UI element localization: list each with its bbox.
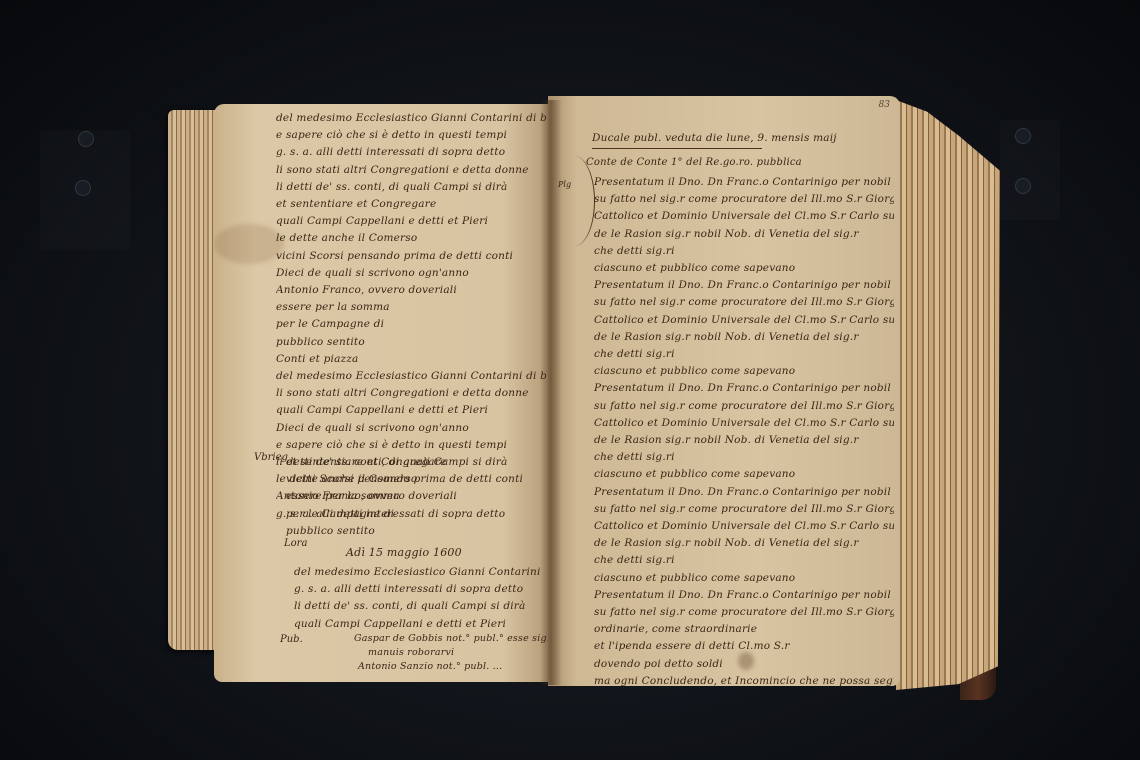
signature-line: manuis roborarvi bbox=[354, 646, 554, 660]
text-line: su fatto nel sig.r come procuratore del … bbox=[594, 191, 894, 208]
left-page-text-lower: et sententiare et Congregare vicini Scor… bbox=[286, 454, 546, 540]
text-line: essere per la somma bbox=[276, 299, 546, 316]
ink-blot bbox=[738, 652, 754, 670]
text-line: Dieci de quali si scrivono ogn'anno bbox=[276, 265, 546, 282]
text-line: Cattolico et Dominio Universale del Cl.m… bbox=[594, 518, 894, 535]
text-line: Cattolico et Dominio Universale del Cl.m… bbox=[594, 415, 894, 432]
text-line: li sono stati altri Congregationi e dett… bbox=[276, 162, 546, 179]
text-line: Dieci de quali si scrivono ogn'anno bbox=[276, 420, 546, 437]
text-line: et sententiare et Congregare bbox=[276, 196, 546, 213]
notary-signatures: Gaspar de Gobbis not.° publ.° esse sig.°… bbox=[354, 632, 554, 674]
signature-line: Antonio Sanzio not.° publ. ... bbox=[354, 660, 554, 674]
signature-line: Gaspar de Gobbis not.° publ.° esse sig.°… bbox=[354, 632, 554, 646]
text-line: quali Campi Cappellani e detti et Pieri bbox=[294, 616, 544, 633]
text-line: su fatto nel sig.r come procuratore del … bbox=[594, 501, 894, 518]
margin-note: Lora bbox=[284, 538, 307, 549]
act-subheading: Conte de Conte 1° del Re.go.ro. pubblica bbox=[586, 154, 802, 171]
text-line: Antonio Franco, ovvero doveriali bbox=[276, 282, 546, 299]
text-line: le dette anche il Comerso bbox=[276, 230, 546, 247]
text-line: del medesimo Ecclesiastico Gianni Contar… bbox=[294, 564, 544, 581]
text-line: Presentatum il Dno. Dn Franc.o Contarini… bbox=[594, 277, 894, 294]
text-line: Conti et piazza bbox=[276, 351, 546, 368]
text-line: de le Rasion sig.r nobil Nob. di Venetia… bbox=[594, 329, 894, 346]
text-line: quali Campi Cappellani e detti et Pieri bbox=[276, 402, 546, 419]
text-line: ciascuno et pubblico come sapevano bbox=[594, 466, 894, 483]
text-line: su fatto nel sig.r come procuratore del … bbox=[594, 398, 894, 415]
margin-note: Vbrieg bbox=[254, 452, 288, 463]
text-line: Presentatum il Dno. Dn Franc.o Contarini… bbox=[594, 174, 894, 191]
text-line: g. s. a. alli detti interessati di sopra… bbox=[294, 581, 544, 598]
text-line: Cattolico et Dominio Universale del Cl.m… bbox=[594, 208, 894, 225]
text-line: Presentatum il Dno. Dn Franc.o Contarini… bbox=[594, 484, 894, 501]
text-line: pubblico sentito bbox=[286, 523, 546, 540]
text-line: ciascuno et pubblico come sapevano bbox=[594, 363, 894, 380]
text-line: pubblico sentito bbox=[276, 334, 546, 351]
text-line: che detti sig.ri bbox=[594, 346, 894, 363]
folio-number: 83 bbox=[879, 100, 890, 110]
water-stain bbox=[214, 224, 284, 264]
text-line: Presentatum il Dno. Dn Franc.o Contarini… bbox=[594, 587, 894, 604]
text-line: Cattolico et Dominio Universale del Cl.m… bbox=[594, 312, 894, 329]
text-line: g. s. a. alli detti interessati di sopra… bbox=[276, 144, 546, 161]
text-line: vicini Scorsi pensando prima de detti co… bbox=[286, 471, 546, 488]
text-line: et sententiare et Congregare bbox=[286, 454, 546, 471]
right-page: 83 Plg Ducale publ. veduta die lune, 9. … bbox=[548, 96, 900, 686]
text-line: ma ogni Concludendo, et Incomincio che n… bbox=[594, 673, 894, 686]
text-line: del medesimo Ecclesiastico Gianni Contar… bbox=[276, 368, 546, 385]
text-line: che detti sig.ri bbox=[594, 552, 894, 569]
page-edges-right bbox=[896, 100, 1000, 690]
text-line: per le Campagne di bbox=[286, 506, 546, 523]
right-page-text: Presentatum il Dno. Dn Franc.o Contarini… bbox=[594, 174, 894, 686]
text-line: ciascuno et pubblico come sapevano bbox=[594, 260, 894, 277]
text-line: vicini Scorsi pensando prima de detti co… bbox=[276, 248, 546, 265]
text-line: su fatto nel sig.r come procuratore del … bbox=[594, 294, 894, 311]
text-line: e sapere ciò che si è detto in questi te… bbox=[276, 127, 546, 144]
text-line: ciascuno et pubblico come sapevano bbox=[594, 570, 894, 587]
text-line: su fatto nel sig.r come procuratore del … bbox=[594, 604, 894, 621]
margin-note: Pub. bbox=[280, 634, 303, 645]
text-line: ordinarie, come straordinarie bbox=[594, 621, 894, 638]
text-line: de le Rasion sig.r nobil Nob. di Venetia… bbox=[594, 535, 894, 552]
text-line: li sono stati altri Congregationi e dett… bbox=[276, 385, 546, 402]
text-line: li detti de' ss. conti, di quali Campi s… bbox=[294, 598, 544, 615]
act-heading: Ducale publ. veduta die lune, 9. mensis … bbox=[592, 130, 837, 147]
text-line: de le Rasion sig.r nobil Nob. di Venetia… bbox=[594, 432, 894, 449]
text-line: essere per la somma bbox=[286, 488, 546, 505]
section-heading: Adì 15 maggio 1600 bbox=[346, 544, 462, 561]
text-line: che detti sig.ri bbox=[594, 449, 894, 466]
text-line: quali Campi Cappellani e detti et Pieri bbox=[276, 213, 546, 230]
text-line: che detti sig.ri bbox=[594, 243, 894, 260]
text-line: li detti de' ss. conti, di quali Campi s… bbox=[276, 179, 546, 196]
left-page: del medesimo Ecclesiastico Gianni Contar… bbox=[214, 104, 554, 682]
text-line: Presentatum il Dno. Dn Franc.o Contarini… bbox=[594, 380, 894, 397]
text-line: del medesimo Ecclesiastico Gianni Contar… bbox=[276, 110, 546, 127]
book-gutter bbox=[540, 100, 562, 685]
open-manuscript: del medesimo Ecclesiastico Gianni Contar… bbox=[0, 0, 1140, 760]
text-line: e sapere ciò che si è detto in questi te… bbox=[276, 437, 546, 454]
left-page-act: del medesimo Ecclesiastico Gianni Contar… bbox=[294, 564, 544, 633]
heading-underline bbox=[592, 148, 762, 149]
text-line: de le Rasion sig.r nobil Nob. di Venetia… bbox=[594, 226, 894, 243]
text-line: per le Campagne di bbox=[276, 316, 546, 333]
